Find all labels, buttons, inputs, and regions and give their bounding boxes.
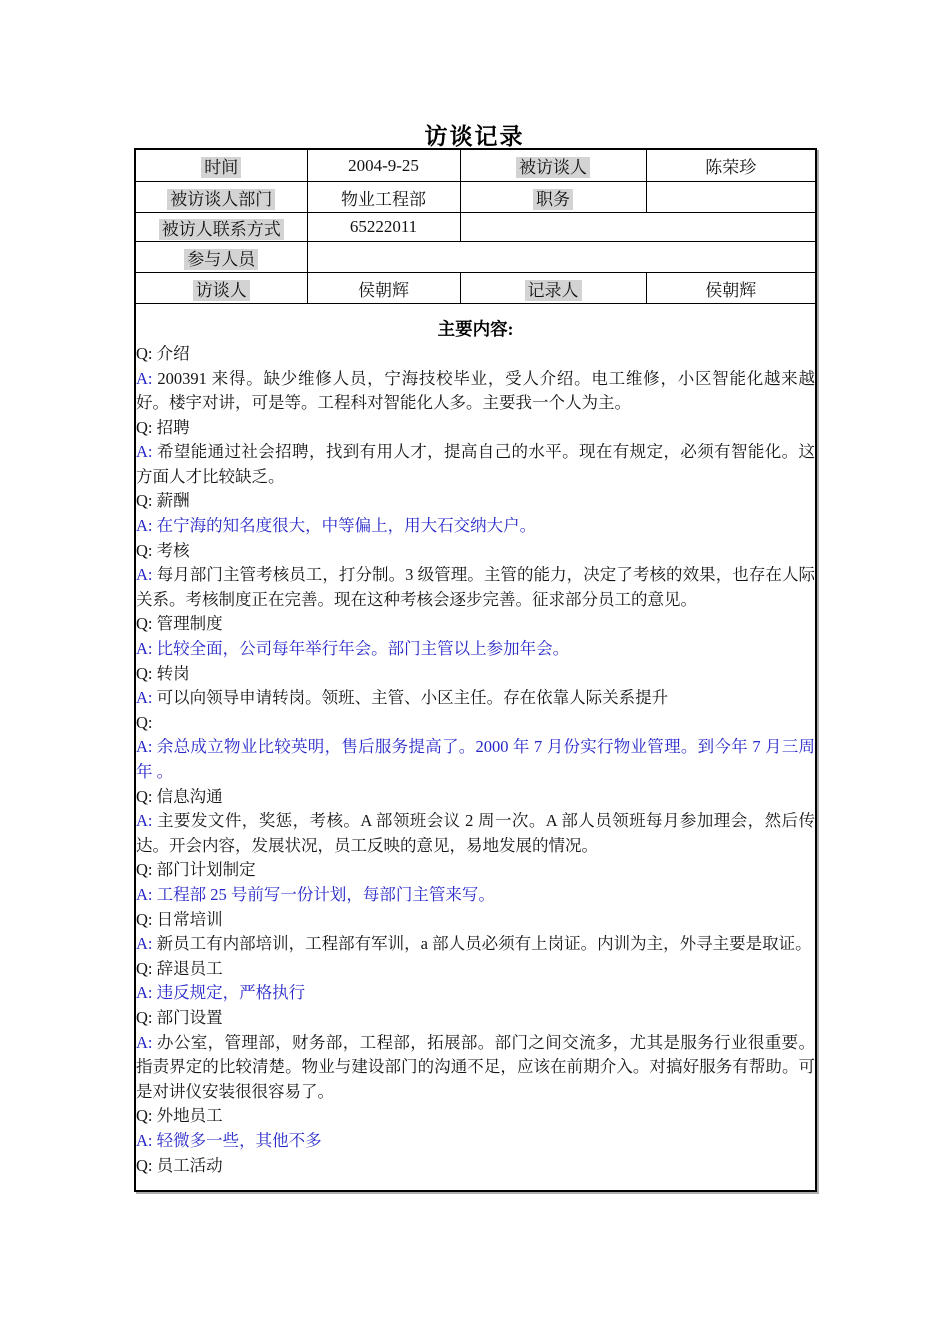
info-label: 参与人员 [184, 249, 258, 270]
answer-text: 每月部门主管考核员工，打分制。3 级管理。主管的能力，决定了考核的效果，也存在人… [136, 565, 815, 609]
qa-question: Q: 信息沟通 [136, 785, 815, 810]
info-value-cell: 侯朝辉 [307, 273, 460, 304]
answer-text: 轻微多一些，其他不多 [153, 1131, 322, 1150]
answer-text: 比较全面，公司每年举行年会。部门主管以上参加年会。 [153, 639, 570, 658]
answer-prefix: A: [136, 442, 153, 461]
question-prefix: Q: [136, 344, 153, 363]
table-row: 访谈人 侯朝辉 记录人 侯朝辉 [135, 273, 816, 304]
qa-answer: A: 新员工有内部培训，工程部有军训，a 部人员必须有上岗证。内训为主，外寻主要… [136, 932, 815, 957]
answer-text: 在宁海的知名度很大，中等偏上，用大石交纳大户。 [153, 516, 537, 535]
table-row: 参与人员 [135, 242, 816, 273]
info-value-cell: 65222011 [307, 213, 460, 242]
info-label: 记录人 [525, 280, 582, 301]
info-value-cell: 2004-9-25 [307, 149, 460, 182]
main-content-cell: 主要内容: Q: 介绍A: 200391 来得。缺少维修人员，宁海技校毕业，受人… [135, 304, 816, 1192]
answer-text: 可以向领导申请转岗。领班、主管、小区主任。存在依靠人际关系提升 [153, 688, 669, 707]
question-text: 部门计划制定 [153, 860, 256, 879]
qa-question: Q: 部门设置 [136, 1006, 815, 1031]
qa-question: Q: 转岗 [136, 662, 815, 687]
qa-answer: A: 200391 来得。缺少维修人员，宁海技校毕业，受人介绍。电工维修，小区智… [136, 367, 815, 416]
answer-text: 新员工有内部培训，工程部有军训，a 部人员必须有上岗证。内训为主，外寻主要是取证… [153, 934, 812, 953]
question-prefix: Q: [136, 910, 153, 929]
qa-question: Q: 考核 [136, 539, 815, 564]
question-text: 招聘 [153, 418, 190, 437]
answer-prefix: A: [136, 983, 153, 1002]
qa-question: Q: 招聘 [136, 416, 815, 441]
info-label-cell: 参与人员 [135, 242, 307, 273]
qa-question: Q: [136, 711, 815, 736]
question-prefix: Q: [136, 1106, 153, 1125]
info-label-cell: 记录人 [460, 273, 646, 304]
qa-answer: A: 希望能通过社会招聘，找到有用人才，提高自己的水平。现在有规定，必须有智能化… [136, 440, 815, 489]
info-label-cell: 被访人联系方式 [135, 213, 307, 242]
answer-prefix: A: [136, 369, 153, 388]
table-row: 被访人联系方式 65222011 [135, 213, 816, 242]
question-prefix: Q: [136, 787, 153, 806]
info-value-cell: 陈荣珍 [646, 149, 816, 182]
answer-prefix: A: [136, 737, 153, 756]
answer-text: 违反规定，严格执行 [153, 983, 306, 1002]
table-row: 被访谈人部门 物业工程部 职务 [135, 182, 816, 213]
question-prefix: Q: [136, 860, 153, 879]
question-prefix: Q: [136, 959, 153, 978]
answer-prefix: A: [136, 934, 153, 953]
qa-question: Q: 外地员工 [136, 1104, 815, 1129]
question-prefix: Q: [136, 491, 153, 510]
answer-text: 办公室，管理部，财务部，工程部，拓展部。部门之间交流多，尤其是服务行业很重要。指… [136, 1033, 815, 1101]
info-label-cell: 被访谈人部门 [135, 182, 307, 213]
info-value-cell [646, 182, 816, 213]
info-label: 时间 [201, 157, 241, 178]
qa-answer: A: 在宁海的知名度很大，中等偏上，用大石交纳大户。 [136, 514, 815, 539]
info-value-cell: 物业工程部 [307, 182, 460, 213]
answer-prefix: A: [136, 688, 153, 707]
info-label-cell: 时间 [135, 149, 307, 182]
qa-answer: A: 工程部 25 号前写一份计划，每部门主管来写。 [136, 883, 815, 908]
qa-question: Q: 部门计划制定 [136, 858, 815, 883]
answer-text: 200391 来得。缺少维修人员，宁海技校毕业，受人介绍。电工维修，小区智能化越… [136, 369, 815, 413]
qa-question: Q: 管理制度 [136, 612, 815, 637]
table-row: 主要内容: Q: 介绍A: 200391 来得。缺少维修人员，宁海技校毕业，受人… [135, 304, 816, 1192]
qa-answer: A: 余总成立物业比较英明，售后服务提高了。2000 年 7 月份实行物业管理。… [136, 735, 815, 784]
qa-question: Q: 辞退员工 [136, 957, 815, 982]
question-text: 介绍 [153, 344, 190, 363]
document-title: 访谈记录 [134, 118, 815, 151]
qa-list: Q: 介绍A: 200391 来得。缺少维修人员，宁海技校毕业，受人介绍。电工维… [136, 342, 815, 1178]
question-text: 薪酬 [153, 491, 190, 510]
content-heading: 主要内容: [136, 316, 815, 342]
question-text: 管理制度 [153, 614, 223, 633]
qa-question: Q: 薪酬 [136, 489, 815, 514]
answer-text: 工程部 25 号前写一份计划，每部门主管来写。 [153, 885, 495, 904]
question-prefix: Q: [136, 1008, 153, 1027]
info-label: 访谈人 [193, 280, 250, 301]
question-prefix: Q: [136, 541, 153, 560]
qa-answer: A: 轻微多一些，其他不多 [136, 1129, 815, 1154]
qa-question: Q: 员工活动 [136, 1154, 815, 1179]
qa-question: Q: 介绍 [136, 342, 815, 367]
info-label-cell: 职务 [460, 182, 646, 213]
answer-prefix: A: [136, 811, 153, 830]
question-text: 转岗 [153, 664, 190, 683]
question-prefix: Q: [136, 614, 153, 633]
info-table: 时间 2004-9-25 被访谈人 陈荣珍 被访谈人部门 物业工程部 职务 被访… [134, 148, 817, 1192]
answer-prefix: A: [136, 1131, 153, 1150]
question-text: 辞退员工 [153, 959, 223, 978]
question-prefix: Q: [136, 713, 153, 732]
qa-answer: A: 每月部门主管考核员工，打分制。3 级管理。主管的能力，决定了考核的效果，也… [136, 563, 815, 612]
answer-text: 希望能通过社会招聘，找到有用人才，提高自己的水平。现在有规定，必须有智能化。这方… [136, 442, 815, 486]
answer-prefix: A: [136, 885, 153, 904]
table-row: 时间 2004-9-25 被访谈人 陈荣珍 [135, 149, 816, 182]
answer-prefix: A: [136, 1033, 153, 1052]
info-label: 被访人联系方式 [159, 219, 284, 240]
answer-text: 余总成立物业比较英明，售后服务提高了。2000 年 7 月份实行物业管理。到今年… [136, 737, 815, 781]
question-text: 日常培训 [153, 910, 223, 929]
info-label: 被访谈人部门 [167, 189, 275, 210]
info-label: 被访谈人 [516, 157, 590, 178]
question-text: 信息沟通 [153, 787, 223, 806]
info-value-cell: 侯朝辉 [646, 273, 816, 304]
qa-answer: A: 主要发文件，奖惩，考核。A 部领班会议 2 周一次。A 部人员领班每月参加… [136, 809, 815, 858]
qa-answer: A: 比较全面，公司每年举行年会。部门主管以上参加年会。 [136, 637, 815, 662]
qa-answer: A: 违反规定，严格执行 [136, 981, 815, 1006]
info-empty-cell [460, 213, 816, 242]
question-text: 员工活动 [153, 1156, 223, 1175]
info-empty-cell [307, 242, 816, 273]
info-label-cell: 访谈人 [135, 273, 307, 304]
question-prefix: Q: [136, 664, 153, 683]
answer-prefix: A: [136, 516, 153, 535]
question-text: 考核 [153, 541, 190, 560]
info-label-cell: 被访谈人 [460, 149, 646, 182]
answer-prefix: A: [136, 639, 153, 658]
answer-prefix: A: [136, 565, 153, 584]
document-page: 访谈记录 时间 2004-9-25 被访谈人 陈荣珍 被访谈人部门 物业工程部 … [0, 0, 950, 1344]
question-text: 部门设置 [153, 1008, 223, 1027]
question-text: 外地员工 [153, 1106, 223, 1125]
qa-answer: A: 可以向领导申请转岗。领班、主管、小区主任。存在依靠人际关系提升 [136, 686, 815, 711]
answer-text: 主要发文件，奖惩，考核。A 部领班会议 2 周一次。A 部人员领班每月参加理会，… [136, 811, 815, 855]
question-prefix: Q: [136, 418, 153, 437]
question-prefix: Q: [136, 1156, 153, 1175]
qa-question: Q: 日常培训 [136, 908, 815, 933]
info-label: 职务 [533, 189, 573, 210]
qa-answer: A: 办公室，管理部，财务部，工程部，拓展部。部门之间交流多，尤其是服务行业很重… [136, 1031, 815, 1105]
